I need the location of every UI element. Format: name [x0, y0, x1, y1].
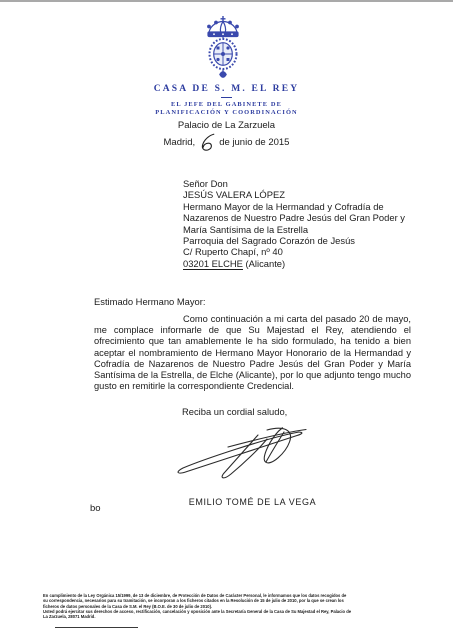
recipient-line: María Santísima de la Estrella: [183, 224, 405, 235]
royal-coat-of-arms-icon: [200, 16, 246, 79]
legal-line: La Zarzuela, 28071 Madrid.: [43, 614, 428, 619]
handwritten-day-numeral-icon: [198, 132, 217, 153]
recipient-line: Nazarenos de Nuestro Padre Jesús del Gra…: [183, 212, 405, 223]
dateline-place: Palacio de La Zarzuela: [0, 120, 453, 132]
scanned-letter-page: { "page": { "colors": { "accent_blue": "…: [0, 0, 453, 640]
scan-top-edge: [0, 0, 453, 2]
dept-line-1: EL JEFE DEL GABINETE DE: [0, 101, 453, 108]
signer-name: EMILIO TOMÉ DE LA VEGA: [94, 497, 411, 507]
dateline-rest: de junio de 2015: [219, 137, 289, 148]
footer-underline: [55, 627, 138, 628]
dateline-city: Madrid,: [164, 137, 196, 148]
recipient-line: Señor Don: [183, 178, 405, 189]
recipient-line: C/ Ruperto Chapí, nº 40: [183, 246, 405, 257]
recipient-block: Señor Don JESÚS VALERA LÓPEZ Hermano May…: [183, 178, 405, 269]
postal-code-city: 03201 ELCHE: [183, 258, 243, 270]
postal-province: (Alicante): [243, 258, 285, 269]
margin-annotation: bo: [90, 503, 101, 514]
recipient-postal-line: 03201 ELCHE (Alicante): [183, 258, 405, 269]
org-name: CASA DE S. M. EL REY: [0, 84, 453, 94]
dept-line-2: PLANIFICACIÓN Y COORDINACIÓN: [0, 109, 453, 116]
recipient-name: JESÚS VALERA LÓPEZ: [183, 189, 405, 200]
closing-line: Reciba un cordial saludo,: [182, 406, 287, 417]
recipient-line: Hermano Mayor de la Hermandad y Cofradía…: [183, 201, 405, 212]
letter-body-paragraph: Como continuación a mi carta del pasado …: [94, 314, 411, 392]
letterhead-divider: [221, 97, 232, 98]
legal-footer: En cumplimiento de la Ley Orgánica 15/19…: [43, 593, 428, 620]
dateline-date: Madrid, de junio de 2015: [0, 133, 453, 148]
salutation: Estimado Hermano Mayor:: [94, 296, 206, 307]
recipient-line: Parroquia del Sagrado Corazón de Jesús: [183, 235, 405, 246]
handwritten-signature-icon: [170, 423, 310, 481]
